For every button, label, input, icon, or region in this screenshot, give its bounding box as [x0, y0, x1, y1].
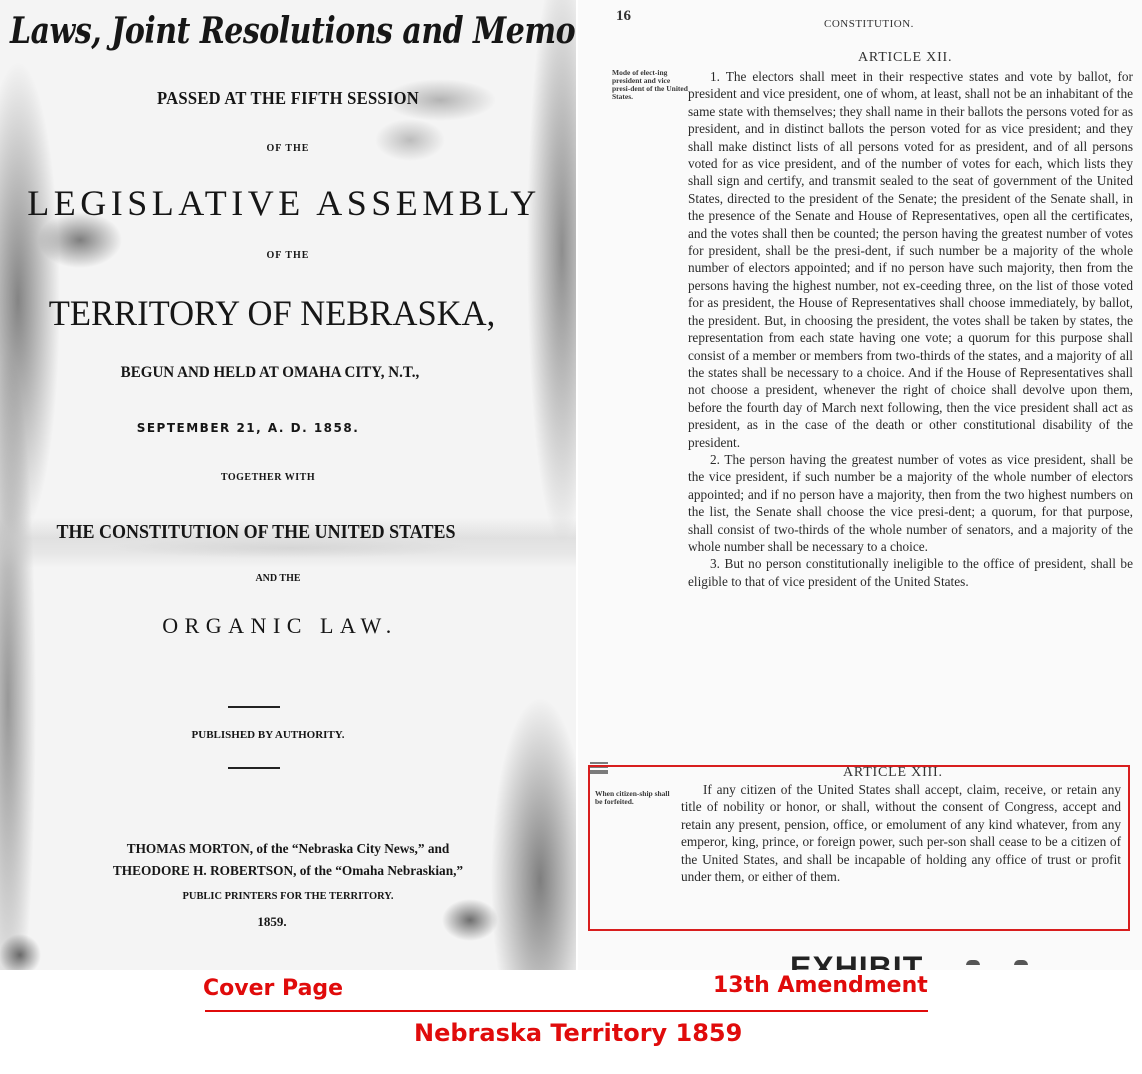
cover-year: 1859. [0, 914, 560, 930]
article-12-section-3: 3. But no person constitutionally inelig… [688, 555, 1133, 590]
cover-of-the-2: OF THE [0, 250, 576, 261]
cover-begun-line: BEGUN AND HELD AT OMAHA CITY, N.T., [0, 364, 541, 382]
article-12-title: ARTICLE XII. [858, 50, 952, 66]
cover-printer-line-1: THOMAS MORTON, of the “Nebraska City New… [14, 842, 561, 858]
caption-cover-page: Cover Page [203, 976, 343, 1001]
cover-page-scan: Laws, Joint Resolutions and Memorials PA… [0, 0, 576, 970]
cover-passed-line: PASSED AT THE FIFTH SESSION [23, 88, 553, 109]
cover-territory-heading: TERRITORY OF NEBRASKA, [0, 292, 548, 334]
article-12-body: 1. The electors shall meet in their resp… [688, 68, 1133, 590]
running-head: CONSTITUTION. [824, 18, 914, 30]
cover-divider-top [228, 706, 280, 708]
cover-organic-law: ORGANIC LAW. [0, 613, 568, 639]
article-13-highlight-box [588, 765, 1130, 931]
exhibit-stamp-fragment: EXHIBIT [790, 948, 923, 970]
article-12-section-1: 1. The electors shall meet in their resp… [688, 68, 1133, 451]
cover-assembly-heading: LEGISLATIVE ASSEMBLY [0, 182, 572, 224]
exhibit-stamp-marks [954, 960, 1044, 966]
cover-of-the-1: OF THE [0, 143, 576, 154]
article-12-section-2: 2. The person having the greatest number… [688, 451, 1133, 555]
cover-together-with: TOGETHER WITH [0, 472, 556, 483]
cover-divider-bottom [228, 767, 280, 769]
caption-13th-amendment: 13th Amendment [713, 973, 928, 998]
cover-constitution-heading: THE CONSTITUTION OF THE UNITED STATES [0, 521, 515, 544]
caption-title: Nebraska Territory 1859 [414, 1019, 742, 1047]
cover-published-by: PUBLISHED BY AUTHORITY. [0, 729, 556, 741]
cover-date: SEPTEMBER 21, A. D. 1858. [0, 421, 536, 435]
cover-title: Laws, Joint Resolutions and Memorials [10, 11, 576, 53]
cover-printer-line-2: THEODORE H. ROBERTSON, of the “Omaha Neb… [14, 864, 561, 880]
article-12-margin-note: Mode of elect-ing president and vice pre… [612, 69, 688, 101]
caption-underline [205, 1010, 928, 1012]
cover-and-the: AND THE [0, 573, 566, 584]
page-number: 16 [616, 8, 631, 25]
cover-printer-line-3: PUBLIC PRINTERS FOR THE TERRITORY. [14, 890, 561, 902]
